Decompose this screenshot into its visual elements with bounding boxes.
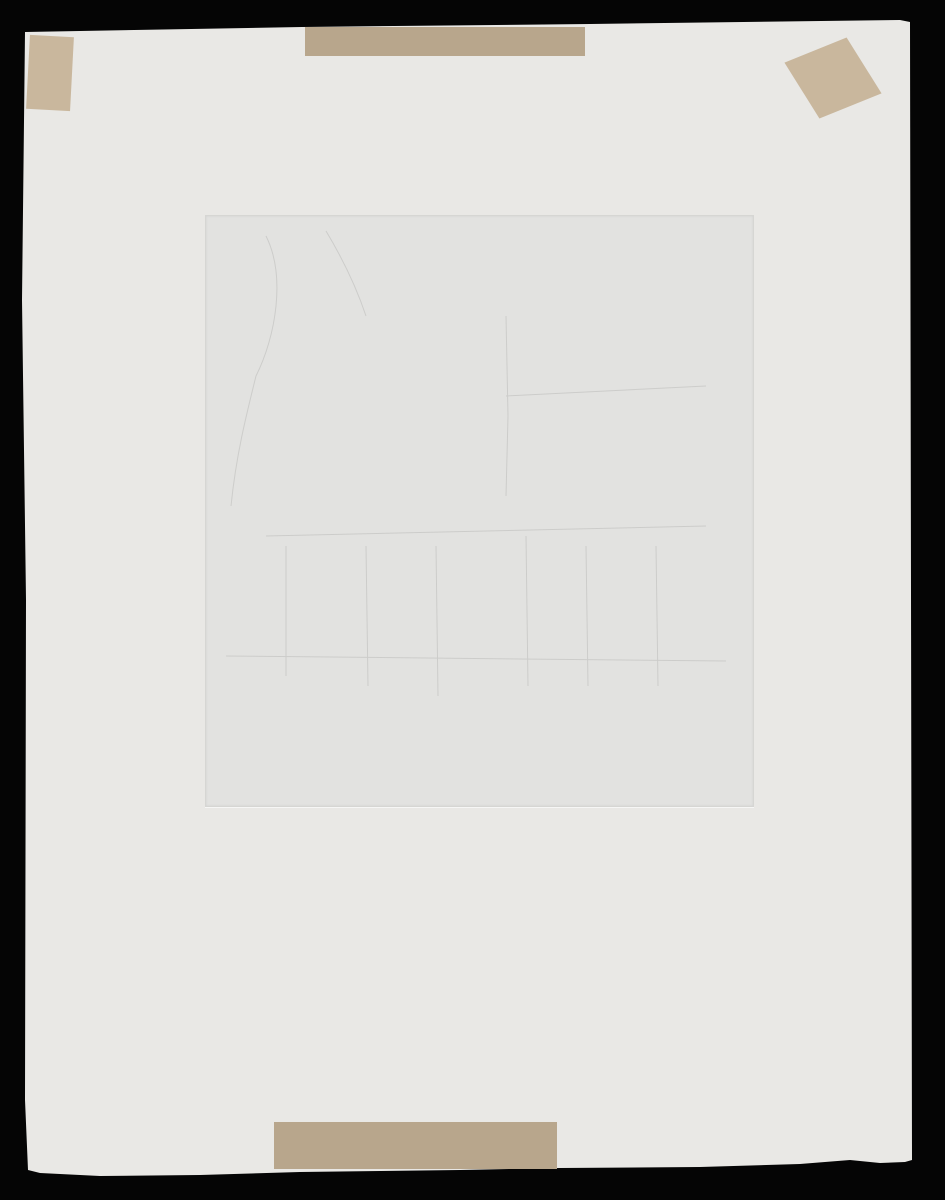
faint-etched-lines	[206, 216, 753, 806]
tape-top-center	[305, 27, 585, 56]
plate-mark-impression	[205, 215, 754, 807]
tape-top-left	[26, 35, 74, 111]
tape-bottom-center	[274, 1122, 557, 1169]
photo-scene	[0, 0, 945, 1200]
